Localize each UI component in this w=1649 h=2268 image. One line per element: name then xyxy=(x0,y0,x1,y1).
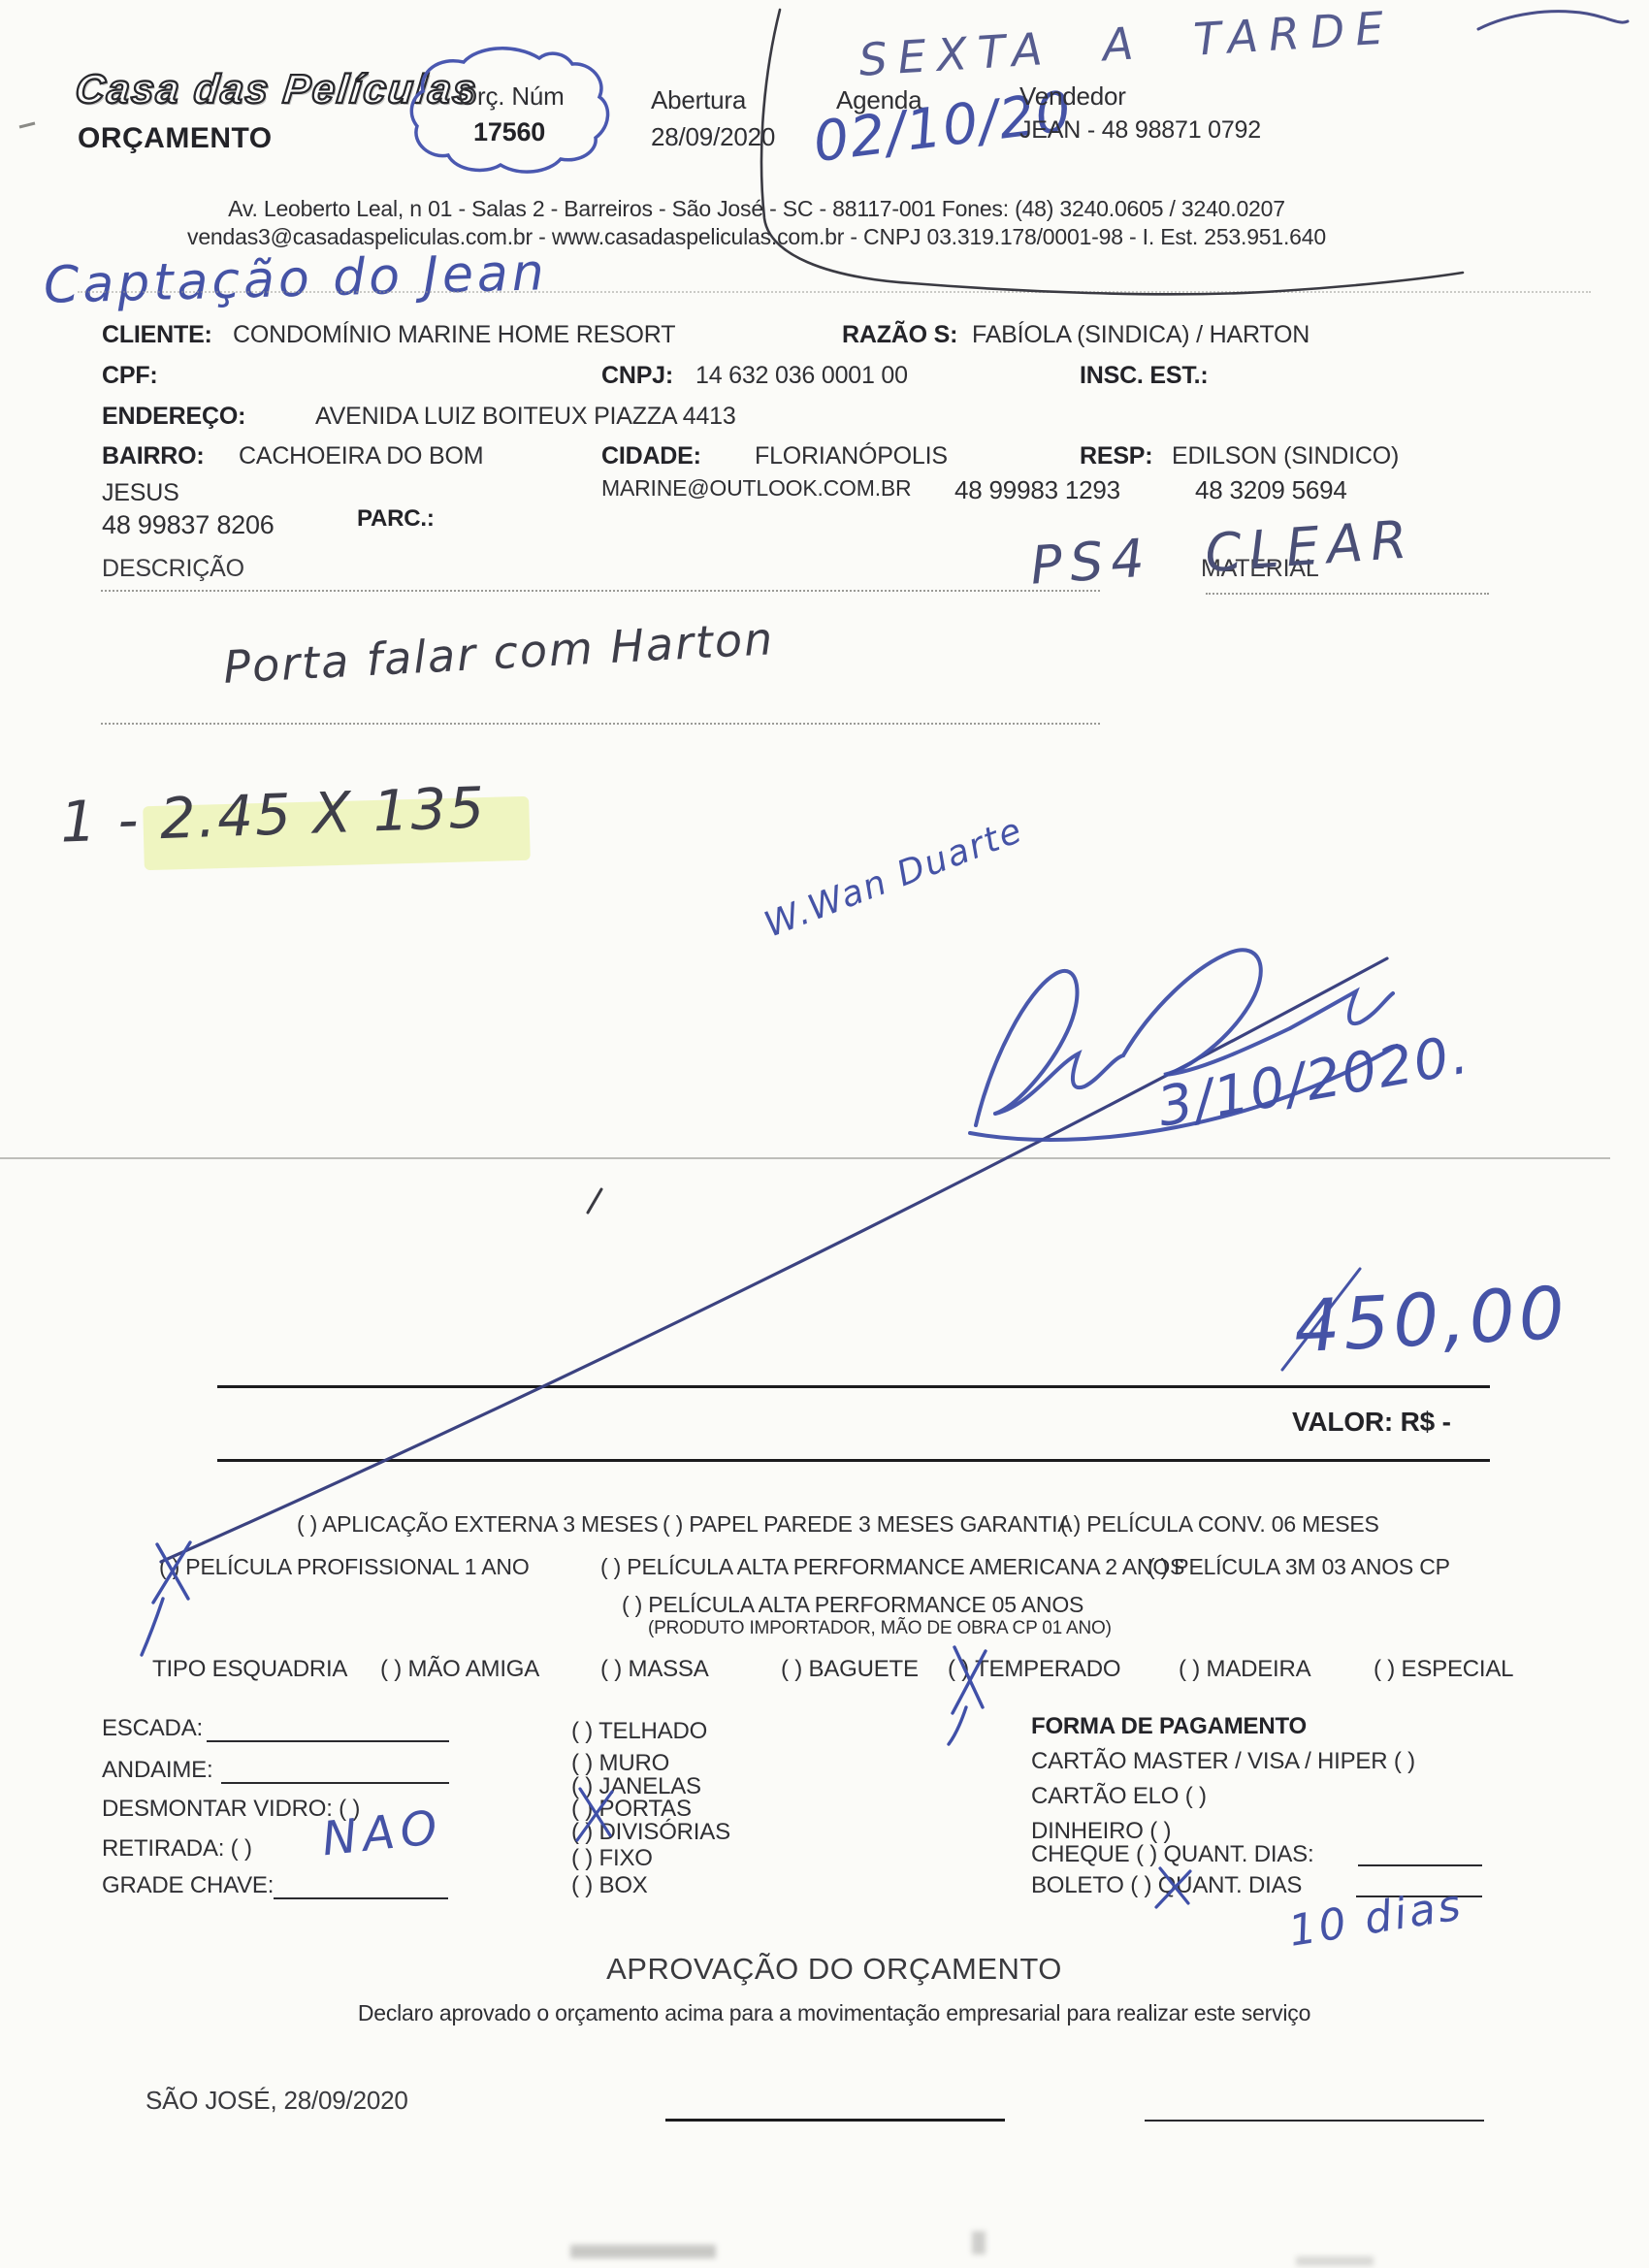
value-rule-top xyxy=(217,1385,1490,1388)
razao-value: FABÍOLA (SINDICA) / HARTON xyxy=(972,321,1309,349)
warranty-opt-aplicacao-externa: ( ) APLICAÇÃO EXTERNA 3 MESES xyxy=(297,1511,659,1538)
escada-line xyxy=(207,1740,449,1742)
parc-label: PARC.: xyxy=(357,505,435,533)
address-line1: Av. Leoberto Leal, n 01 - Salas 2 - Barr… xyxy=(97,196,1416,222)
insc-est-label: INSC. EST.: xyxy=(1080,362,1209,390)
mid-page-rule xyxy=(0,1157,1610,1159)
resp-phone-1: 48 99983 1293 xyxy=(954,475,1120,505)
esquadria-opt-especial: ( ) ESPECIAL xyxy=(1374,1656,1513,1683)
andaime-line xyxy=(221,1782,449,1784)
material-rule xyxy=(1206,593,1489,595)
small-pen-tick xyxy=(588,1189,601,1213)
bairro-label: BAIRRO: xyxy=(102,442,205,470)
margin-dash-mark xyxy=(19,123,35,127)
retirada-field: RETIRADA: ( ) xyxy=(102,1835,252,1863)
grade-chave-field: GRADE CHAVE: xyxy=(102,1872,274,1899)
doc-type-title: ORÇAMENTO xyxy=(78,122,273,155)
retirada-handwritten: NAO xyxy=(319,1800,445,1867)
resp-label: RESP: xyxy=(1080,442,1152,470)
warranty-opt-3m: ( ) PELÍCULA 3M 03 ANOS CP xyxy=(1148,1554,1450,1580)
approval-title: APROVAÇÃO DO ORÇAMENTO xyxy=(504,1952,1164,1987)
esquadria-opt-baguete: ( ) BAGUETE xyxy=(781,1656,919,1683)
value-handwritten: 450,00 xyxy=(1292,1272,1570,1370)
warranty-opt-alta-performance-05: ( ) PELÍCULA ALTA PERFORMANCE 05 ANOS xyxy=(622,1592,1083,1618)
scan-smudge-3 xyxy=(1296,2256,1374,2266)
surface-opt-divisorias: ( ) DIVISÓRIAS xyxy=(571,1819,730,1846)
endereco-label: ENDEREÇO: xyxy=(102,403,245,431)
esquadria-opt-temperado: ( ) TEMPERADO xyxy=(948,1656,1120,1683)
descricao-rule-2 xyxy=(101,723,1100,725)
scanned-budget-form: Casa das Películas ORÇAMENTO Orç. Núm 17… xyxy=(0,0,1649,2268)
descricao-handwritten: Porta falar com Harton xyxy=(222,612,775,694)
endereco-value: AVENIDA LUIZ BOITEUX PIAZZA 4413 xyxy=(315,403,736,431)
scan-smudge-2 xyxy=(972,2231,986,2254)
warranty-opt-pelicula-conv: ( ) PELÍCULA CONV. 06 MESES xyxy=(1060,1511,1379,1538)
bairro-value: CACHOEIRA DO BOM xyxy=(239,442,483,470)
diagonal-name-note: W.Wan Duarte xyxy=(760,810,1029,945)
esquadria-opt-massa: ( ) MASSA xyxy=(600,1656,709,1683)
payment-opt-cheque: CHEQUE ( ) QUANT. DIAS: xyxy=(1031,1841,1313,1868)
signature-line-2 xyxy=(1145,2120,1484,2122)
abertura-label: Abertura xyxy=(651,85,746,115)
payment-opt-elo: CARTÃO ELO ( ) xyxy=(1031,1783,1207,1810)
orc-num-value: 17560 xyxy=(473,117,545,147)
orc-num-label: Orç. Núm xyxy=(458,81,565,112)
value-rule-bottom xyxy=(217,1459,1490,1462)
surface-opt-fixo: ( ) FIXO xyxy=(571,1845,653,1872)
warranty-opt-papel-parede: ( ) PAPEL PAREDE 3 MESES GARANTIA xyxy=(663,1511,1072,1538)
client-phone: 48 99837 8206 xyxy=(102,510,275,540)
esquadria-opt-madeira: ( ) MADEIRA xyxy=(1179,1656,1310,1683)
cidade-value: FLORIANÓPOLIS xyxy=(755,442,948,470)
agenda-handwritten-note: SEXTA A TARDE xyxy=(857,1,1396,86)
abertura-value: 28/09/2020 xyxy=(651,122,775,152)
approval-statement: Declaro aprovado o orçamento acima para … xyxy=(349,2000,1319,2026)
cnpj-value: 14 632 036 0001 00 xyxy=(695,362,908,390)
grade-chave-line xyxy=(274,1897,448,1899)
valor-label: VALOR: R$ - xyxy=(1292,1407,1451,1438)
escada-field: ESCADA: xyxy=(102,1715,203,1742)
andaime-field: ANDAIME: xyxy=(102,1757,212,1784)
resp-value: EDILSON (SINDICO) xyxy=(1172,442,1399,470)
esquadria-opt-mao-amiga: ( ) MÃO AMIGA xyxy=(380,1656,539,1683)
cidade-label: CIDADE: xyxy=(601,442,701,470)
payment-title: FORMA DE PAGAMENTO xyxy=(1031,1713,1307,1740)
vendedor-label: Vendedor xyxy=(1019,81,1126,112)
surface-opt-telhado: ( ) TELHADO xyxy=(571,1718,707,1745)
signature-line-1 xyxy=(665,2119,1005,2122)
header-divider xyxy=(78,291,1591,293)
cliente-label: CLIENTE: xyxy=(102,321,212,349)
payment-opt-card: CARTÃO MASTER / VISA / HIPER ( ) xyxy=(1031,1748,1415,1775)
esquadria-label: TIPO ESQUADRIA xyxy=(152,1656,347,1683)
signature-date-handwritten: 3/10/2020. xyxy=(1153,1022,1474,1139)
approval-city-date: SÃO JOSÉ, 28/09/2020 xyxy=(145,2086,408,2116)
cnpj-label: CNPJ: xyxy=(601,362,673,390)
client-email: MARINE@OUTLOOK.COM.BR xyxy=(601,475,911,502)
razao-label: RAZÃO S: xyxy=(842,321,957,349)
boleto-days-handwritten: 10 dias xyxy=(1285,1880,1467,1957)
vendedor-value: JEAN - 48 98871 0792 xyxy=(1019,116,1261,145)
bairro-value-cont: JESUS xyxy=(102,479,179,507)
cheque-days-line xyxy=(1358,1864,1482,1866)
surface-opt-box: ( ) BOX xyxy=(571,1872,648,1899)
cpf-label: CPF: xyxy=(102,362,158,390)
top-right-scrawl xyxy=(1478,12,1628,29)
warranty-opt-alta-performance-americana: ( ) PELÍCULA ALTA PERFORMANCE AMERICANA … xyxy=(600,1554,1184,1580)
warranty-opt-profissional: ( ) PELÍCULA PROFISSIONAL 1 ANO xyxy=(159,1554,530,1580)
warranty-opt-alta-performance-05-sub: (PRODUTO IMPORTADOR, MÃO DE OBRA CP 01 A… xyxy=(648,1618,1112,1639)
resp-phone-2: 48 3209 5694 xyxy=(1195,475,1347,505)
scan-smudge-1 xyxy=(570,2245,716,2258)
material-handwritten: PS4 CLEAR xyxy=(1028,508,1416,597)
descricao-rule xyxy=(101,590,1100,592)
company-logo: Casa das Películas xyxy=(73,66,479,113)
captacao-handwritten-note: Captação do Jean xyxy=(43,243,548,315)
address-line2: vendas3@casadaspeliculas.com.br - www.ca… xyxy=(97,224,1416,250)
long-diagonal-stroke xyxy=(161,958,1387,1562)
descricao-label: DESCRIÇÃO xyxy=(102,555,244,583)
payment-opt-boleto: BOLETO ( ) QUANT. DIAS xyxy=(1031,1872,1302,1899)
cliente-value: CONDOMÍNIO MARINE HOME RESORT xyxy=(233,321,675,349)
